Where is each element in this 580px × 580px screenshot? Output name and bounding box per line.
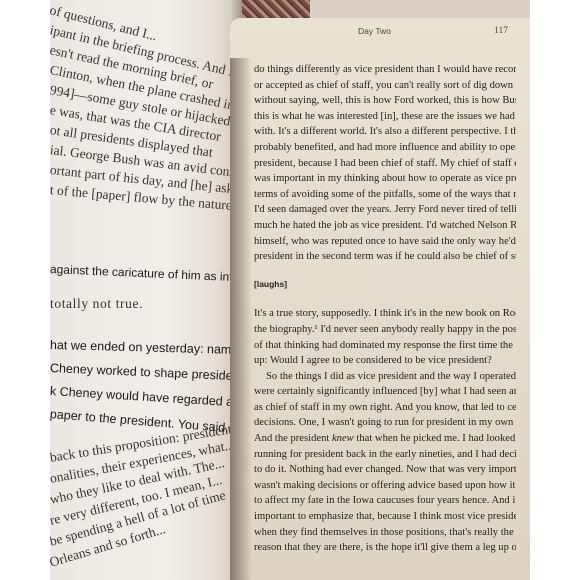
text-line: president, because I had been chief of s… <box>254 156 516 172</box>
text-line: to affect my fate in the Iowa caucuses f… <box>254 493 516 509</box>
text-line: wasn't making decisions or offering advi… <box>254 478 516 494</box>
text-line: do things differently as vice president … <box>254 62 516 78</box>
text-line: So the things I did as vice president an… <box>254 369 516 385</box>
left-answer-1: totally not true. <box>50 296 143 312</box>
text-line: important to emphasize that, because I t… <box>254 509 516 525</box>
curl-shadow <box>230 58 252 580</box>
text-line: were certainly significantly influenced … <box>254 384 516 400</box>
left-text-line: Cheney worked to shape presidential... <box>50 361 242 384</box>
page-number: 117 <box>494 26 508 36</box>
text-line: without saying, well, this is how Ford w… <box>254 93 516 109</box>
book-photo: of questions, and I...ipant in the brief… <box>50 0 530 580</box>
text-line: reason that they are there, is the hope … <box>254 540 516 556</box>
paragraph-2: It's a true story, supposedly. I think i… <box>254 306 516 368</box>
text-line: And the president knew that when he pick… <box>254 431 516 447</box>
text-line: terms of avoiding some of the pitfalls, … <box>254 187 516 203</box>
left-text-line: hat we ended on yesterday: namely... <box>50 338 242 357</box>
text-line: running for president back in the early … <box>254 447 516 463</box>
text-line: with. It's a different world. It's also … <box>254 124 516 140</box>
right-page: Day Two 117 do things differently as vic… <box>230 18 530 580</box>
text-line: I'd seen damaged over the years. Jerry F… <box>254 202 516 218</box>
text-line: when they find themselves in those posit… <box>254 525 516 541</box>
text-line: of that thinking had dominated my respon… <box>254 338 516 354</box>
running-head-title: Day Two <box>358 26 391 36</box>
text-line: or accepted as chief of staff, you can't… <box>254 78 516 94</box>
text-line: It's a true story, supposedly. I think i… <box>254 306 516 322</box>
text-line: decisions. One, I wasn't going to run fo… <box>254 415 516 431</box>
body-text: do things differently as vice president … <box>254 62 516 556</box>
text-line: to do it. Nothing had ever changed. Now … <box>254 462 516 478</box>
text-line: probably benefited, and had more influen… <box>254 140 516 156</box>
paragraph-3: So the things I did as vice president an… <box>254 369 516 556</box>
text-line: the biography.¹ I'd never seen anybody r… <box>254 322 516 338</box>
text-line: himself, who was reputed once to have sa… <box>254 234 516 250</box>
left-page: of questions, and I...ipant in the brief… <box>50 0 242 580</box>
text-line: up: Would I agree to be considered to be… <box>254 353 516 369</box>
stage-direction: [laughs] <box>254 277 516 293</box>
text-line: president in the second term was if he c… <box>254 249 516 265</box>
text-line: was important in my thinking about how t… <box>254 171 516 187</box>
text-line: much he hated the job as vice president.… <box>254 218 516 234</box>
left-text-line: k Cheney would have regarded as unac... <box>50 384 242 412</box>
text-line: this is what he was interested [in], the… <box>254 109 516 125</box>
paragraph-1: do things differently as vice president … <box>254 62 516 265</box>
left-question-1: against the caricature of him as intel..… <box>50 262 242 285</box>
text-line: as chief of staff in my own right. And y… <box>254 400 516 416</box>
